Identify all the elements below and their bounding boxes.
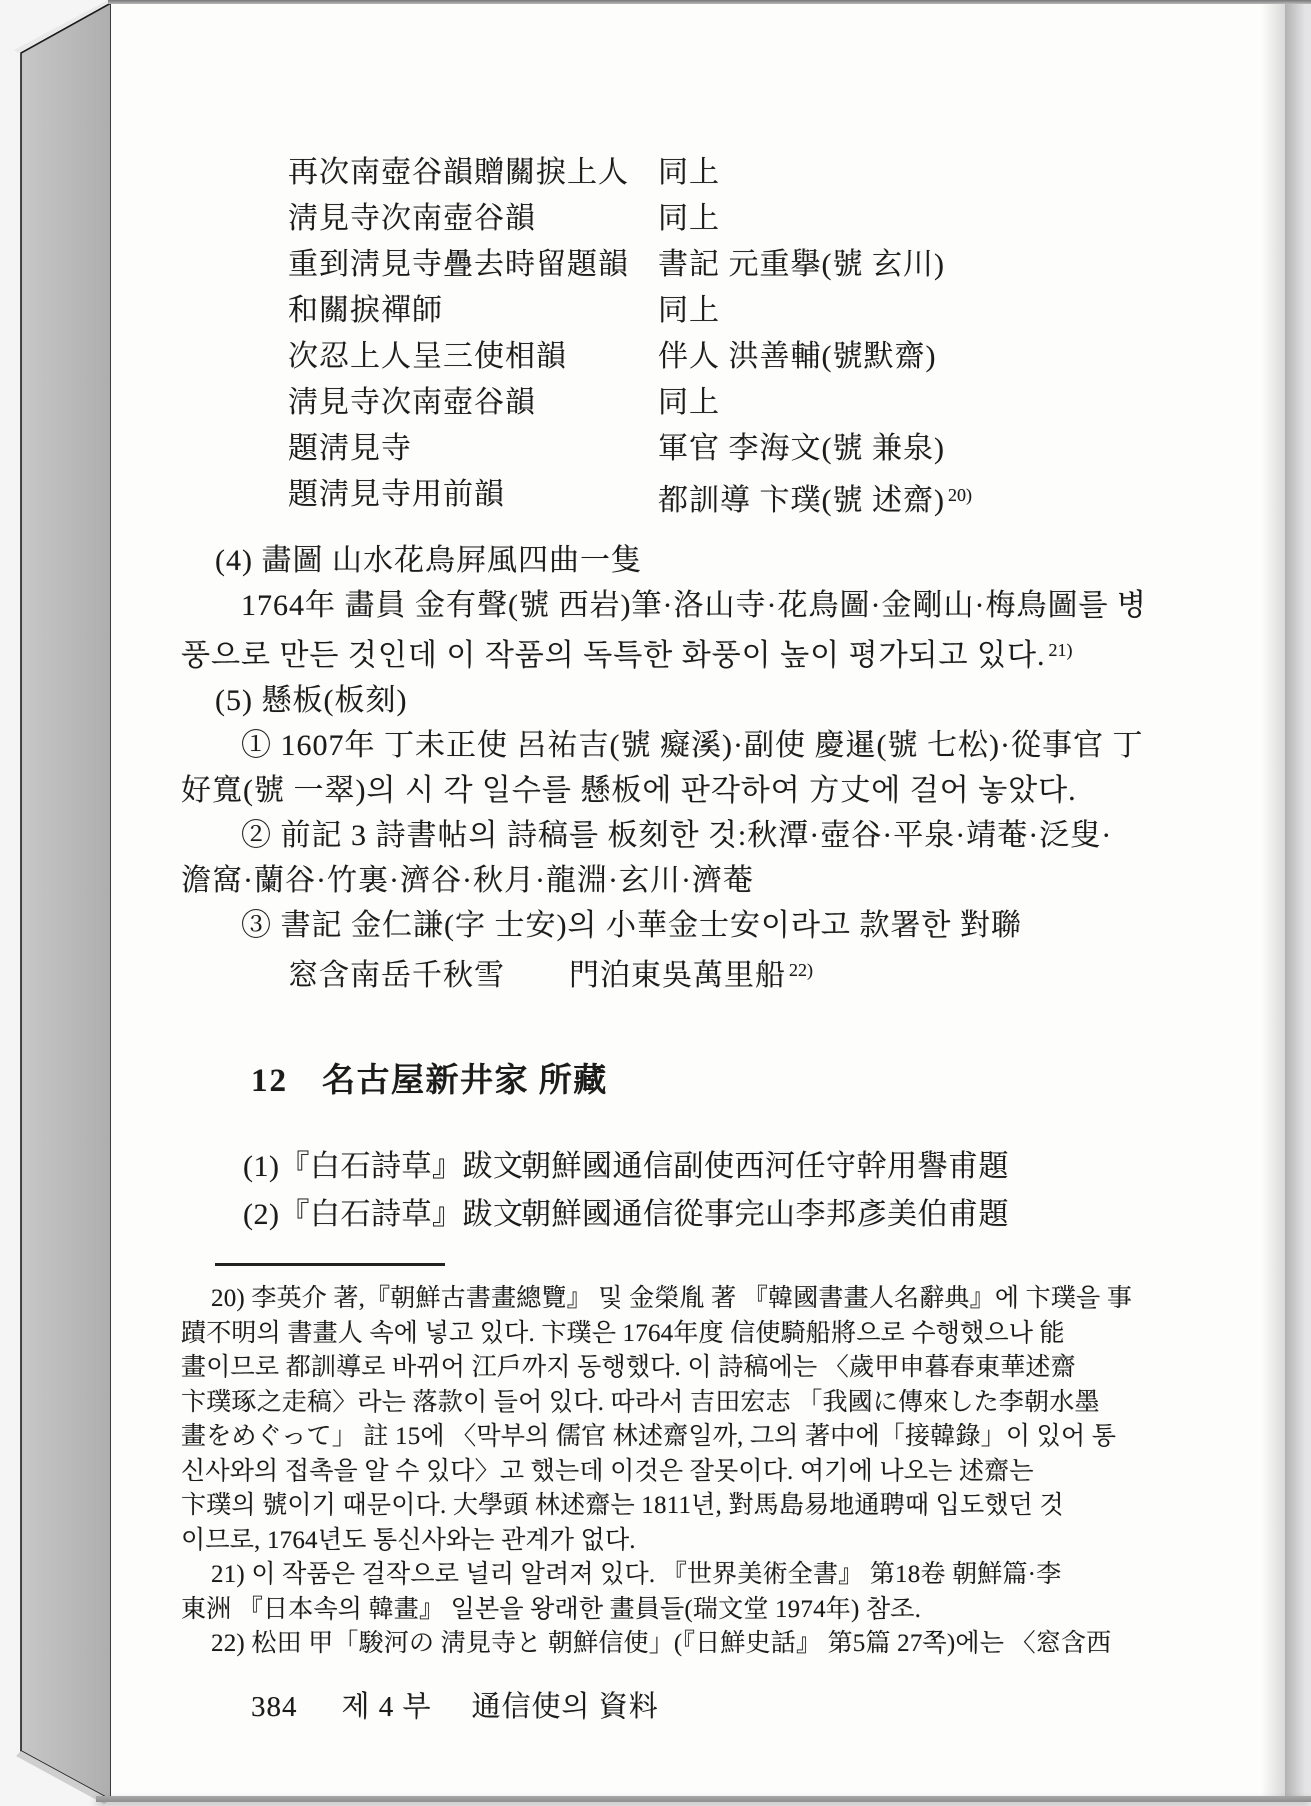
poem-author: 同上: [658, 196, 720, 242]
part-label: 제 4 부: [342, 1691, 432, 1723]
item-description: 朝鮮國通信副使西河任守幹用譽甫題: [521, 1143, 1009, 1191]
footnote-separator: [215, 1263, 445, 1266]
book-right-edge-shading: [1283, 4, 1311, 1796]
book-bottom-edge: [96, 1796, 1311, 1802]
footnote-line: 22) 松田 甲「駿河の 淸見寺と 朝鮮信使」(『日鮮史話』 第5篇 27쪽)에…: [211, 1627, 1221, 1662]
footnote-line: 畫をめぐって」 註 15에 〈막부의 儒官 林述齋일까, 그의 著中에「接韓錄」…: [181, 1420, 1221, 1455]
page-number: 384: [251, 1691, 298, 1723]
list-item: 題淸見寺用前韻 都訓導 卞璞(號 述齋)20): [181, 472, 1221, 524]
couplet-line: 窓含南岳千秋雪門泊東吳萬里船22): [288, 948, 1221, 998]
footnote-line: 20) 李英介 著,『朝鮮古書畫總覽』 및 金榮胤 著 『韓國書畫人名辭典』에 …: [211, 1282, 1221, 1317]
couplet-left: 窓含南岳千秋雪: [288, 959, 505, 992]
list-item: 重到淸見寺疊去時留題韻 書記 元重擧(號 玄川): [181, 242, 1221, 288]
list-item: 淸見寺次南壺谷韻 同上: [181, 380, 1221, 426]
poem-title: 淸見寺次南壺谷韻: [288, 196, 658, 242]
numbered-line-1: ① 1607年 丁未正使 呂祐吉(號 癡溪)·副使 慶暹(號 七松)·從事官 丁: [241, 723, 1221, 768]
poem-title: 題淸見寺用前韻: [288, 472, 658, 524]
footnote-line: 卞璞琢之走稿〉라는 落款이 들어 있다. 따라서 吉田宏志 「我國に傳來した李朝…: [181, 1386, 1221, 1421]
footnote-line: 東洲 『日本속의 韓畫』 일본을 왕래한 畫員들(瑞文堂 1974年) 참조.: [181, 1593, 1221, 1628]
poem-author: 都訓導 卞璞(號 述齋)20): [658, 472, 972, 524]
footnote-line: 卞璞의 號이기 때문이다. 大學頭 林述齋는 1811년, 對馬島易地通聘때 입…: [181, 1489, 1221, 1524]
footnote-ref-21: 21): [1048, 640, 1072, 660]
footnote-ref-22: 22): [789, 960, 813, 980]
collection-items: (1)『白石詩草』跋文 朝鮮國通信副使西河任守幹用譽甫題 (2)『白石詩草』跋文…: [181, 1143, 1221, 1239]
collection-item: (2)『白石詩草』跋文 朝鮮國通信從事完山李邦彥美伯甫題: [181, 1191, 1221, 1239]
numbered-line-2: ② 前記 3 詩書帖의 詩稿를 板刻한 것:秋潭·壺谷·平泉·靖菴·泛叟·: [241, 813, 1221, 858]
footnote-line: 蹟不明의 書畫人 속에 넣고 있다. 卞璞은 1764年度 信使騎船將으로 수행…: [181, 1317, 1221, 1352]
section-title: 名古屋新井家 所藏: [322, 1063, 608, 1099]
paragraph-line: 풍으로 만든 것인데 이 작품의 독특한 화풍이 높이 평가되고 있다.21): [181, 628, 1221, 678]
body-text: (4) 畵圖 山水花鳥屛風四曲一隻 1764年 畵員 金有聲(號 西岩)筆·洛山…: [181, 538, 1221, 998]
poem-author: 同上: [658, 150, 720, 196]
section-number: 12: [251, 1063, 288, 1099]
list-item: 和關捩禪師 同上: [181, 288, 1221, 334]
footnote-line: 畫이므로 都訓導로 바뀌어 江戶까지 동행했다. 이 詩稿에는 〈歲甲申暮春東華…: [181, 1351, 1221, 1386]
heading-item-5: (5) 懸板(板刻): [215, 678, 1221, 723]
part-title: 通信使의 資料: [472, 1691, 659, 1723]
section-header: 12名古屋新井家 所藏: [181, 1054, 1221, 1101]
heading-item-4: (4) 畵圖 山水花鳥屛風四曲一隻: [215, 538, 1221, 583]
footnote-line: 신사와의 접촉을 알 수 있다〉고 했는데 이것은 잘못이다. 여기에 나오는 …: [181, 1455, 1221, 1490]
poem-author: 軍官 李海文(號 兼泉): [658, 426, 945, 472]
list-item: 題淸見寺 軍官 李海文(號 兼泉): [181, 426, 1221, 472]
poem-author: 伴人 洪善輔(號默齋): [658, 334, 936, 380]
poem-title: 重到淸見寺疊去時留題韻: [288, 242, 658, 288]
poem-author-list: 再次南壺谷韻贈關捩上人 同上 淸見寺次南壺谷韻 同上 重到淸見寺疊去時留題韻 書…: [181, 4, 1221, 524]
list-item: 淸見寺次南壺谷韻 同上: [181, 196, 1221, 242]
list-item: 次忍上人呈三使相韻 伴人 洪善輔(號默齋): [181, 334, 1221, 380]
footnote-line: 이므로, 1764년도 통신사와는 관계가 없다.: [181, 1524, 1221, 1559]
item-description: 朝鮮國通信從事完山李邦彥美伯甫題: [521, 1191, 1009, 1239]
poem-author: 同上: [658, 380, 720, 426]
poem-title: 淸見寺次南壺谷韻: [288, 380, 658, 426]
footnotes: 20) 李英介 著,『朝鮮古書畫總覽』 및 金榮胤 著 『韓國書畫人名辭典』에 …: [181, 1282, 1221, 1662]
collection-item: (1)『白石詩草』跋文 朝鮮國通信副使西河任守幹用譽甫題: [181, 1143, 1221, 1191]
paragraph-line: 1764年 畵員 金有聲(號 西岩)筆·洛山寺·花鳥圖·金剛山·梅鳥圖를 병: [241, 583, 1221, 628]
footnote-line: 21) 이 작품은 걸작으로 널리 알려져 있다. 『世界美術全書』 第18卷 …: [211, 1558, 1221, 1593]
list-item: 再次南壺谷韻贈關捩上人 同上: [181, 150, 1221, 196]
book-top-edge: [108, 0, 1311, 4]
page-footer: 384제 4 부通信使의 資料: [181, 1684, 1221, 1725]
footnote-ref-20: 20): [948, 485, 972, 505]
item-label: (2)『白石詩草』跋文: [243, 1191, 521, 1239]
numbered-line-3: ③ 書記 金仁謙(字 士安)의 小華金士安이라고 款署한 對聯: [241, 903, 1221, 948]
poem-title: 次忍上人呈三使相韻: [288, 334, 658, 380]
scanned-book-page: 再次南壺谷韻贈關捩上人 同上 淸見寺次南壺谷韻 同上 重到淸見寺疊去時留題韻 書…: [0, 0, 1311, 1806]
item-label: (1)『白石詩草』跋文: [243, 1143, 521, 1191]
page-surface: 再次南壺谷韻贈關捩上人 同上 淸見寺次南壺谷韻 同上 重到淸見寺疊去時留題韻 書…: [111, 4, 1285, 1796]
poem-title: 題淸見寺: [288, 426, 658, 472]
page-content: 再次南壺谷韻贈關捩上人 同上 淸見寺次南壺谷韻 同上 重到淸見寺疊去時留題韻 書…: [181, 4, 1221, 1725]
spine-face: [21, 3, 111, 1800]
poem-author: 書記 元重擧(號 玄川): [658, 242, 945, 288]
poem-title: 再次南壺谷韻贈關捩上人: [288, 150, 658, 196]
poem-title: 和關捩禪師: [288, 288, 658, 334]
poem-author: 同上: [658, 288, 720, 334]
paragraph-line: 好寬(號 一翠)의 시 각 일수를 懸板에 판각하여 方丈에 걸어 놓았다.: [181, 768, 1221, 813]
couplet-right: 門泊東吳萬里船: [569, 959, 786, 992]
paragraph-line: 澹窩·蘭谷·竹裏·濟谷·秋月·龍淵·玄川·濟菴: [181, 858, 1221, 903]
